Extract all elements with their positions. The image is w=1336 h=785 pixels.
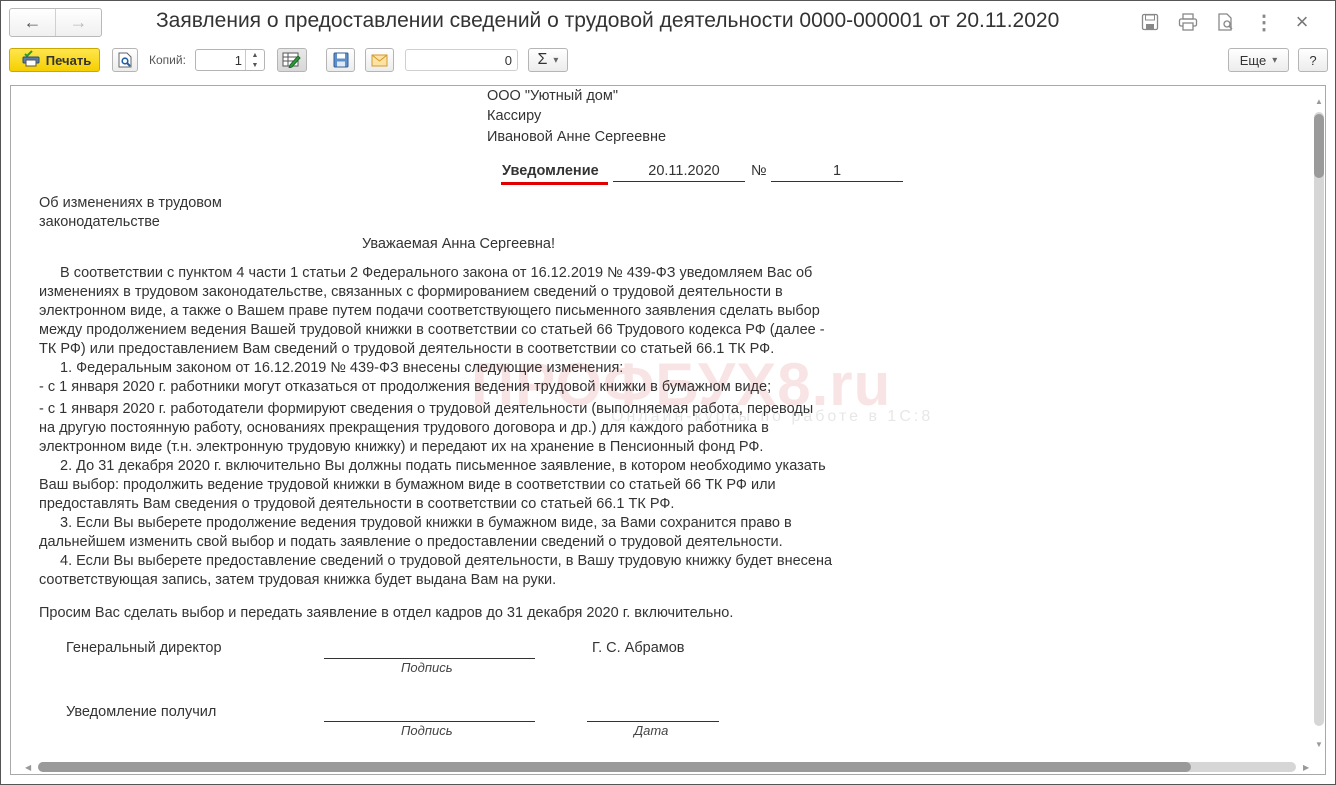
copies-spinner[interactable]: ▲▼: [245, 50, 264, 70]
edit-table-icon: [282, 52, 302, 68]
title-actions: ⋮ ×: [1131, 9, 1321, 35]
body-line: между продолжением ведения Вашей трудово…: [39, 321, 825, 340]
preview-icon: [1217, 12, 1235, 32]
vertical-scroll-thumb[interactable]: [1314, 114, 1324, 178]
save-icon: [333, 52, 349, 68]
body-line: В соответствии с пунктом 4 части 1 стать…: [60, 264, 812, 283]
body-line: 3. Если Вы выберете продолжение ведения …: [60, 514, 792, 533]
close-button[interactable]: ×: [1283, 9, 1321, 35]
sum-value: 0: [505, 53, 512, 68]
copies-stepper[interactable]: 1 ▲▼: [195, 49, 265, 71]
sigma-icon: Σ: [538, 51, 548, 69]
help-label: ?: [1309, 53, 1316, 68]
received-label: Уведомление получил: [66, 703, 216, 722]
notice-heading: Уведомление: [502, 162, 599, 181]
sum-menu-button[interactable]: Σ ▾: [528, 48, 568, 72]
window: ← → Заявления о предоставлении сведений …: [0, 0, 1336, 785]
scroll-right-icon[interactable]: ▶: [1303, 763, 1309, 772]
more-actions-button[interactable]: ⋮: [1245, 9, 1283, 35]
spreadsheet-document[interactable]: ПРОФБУХ8.ru Онлайн-курсы по работе в 1С:…: [10, 85, 1326, 775]
close-icon: ×: [1296, 9, 1309, 35]
sum-field[interactable]: 0: [405, 49, 518, 71]
arrow-left-icon: ←: [24, 12, 42, 33]
body-line: ТК РФ) или предоставлением Вам сведений …: [39, 340, 774, 359]
recipient-name: Ивановой Анне Сергеевне: [487, 128, 666, 147]
date-caption: Дата: [634, 723, 668, 738]
print-button[interactable]: [1169, 9, 1207, 35]
spin-up-icon[interactable]: ▲: [252, 52, 259, 59]
subject-line-1: Об изменениях в трудовом: [39, 194, 222, 213]
body-line: предоставлять Вам сведения о трудовой де…: [39, 495, 674, 514]
more-icon: ⋮: [1254, 10, 1274, 35]
vertical-scrollbar[interactable]: [1314, 112, 1324, 726]
body-line: электронном виде (т.н. электронную трудо…: [39, 438, 763, 457]
received-signature-caption: Подпись: [401, 723, 453, 738]
subject-line-2: законодательстве: [39, 213, 160, 232]
body-line: электронном виде, а также о Вашем праве …: [39, 302, 820, 321]
print-icon: [1178, 13, 1198, 31]
request-text: Просим Вас сделать выбор и передать заяв…: [39, 604, 733, 623]
body-line: дальнейшем изменить свой выбор и подать …: [39, 533, 783, 552]
print-preview-button[interactable]: [112, 48, 138, 72]
body-line: на другую постоянную работу, основаниях …: [39, 419, 769, 438]
arrow-right-icon: →: [70, 12, 88, 33]
scroll-down-icon[interactable]: ▼: [1315, 740, 1323, 749]
preview-button[interactable]: [1207, 9, 1245, 35]
signature-caption: Подпись: [401, 660, 453, 675]
forward-button[interactable]: →: [55, 9, 101, 36]
body-line: Ваш выбор: продолжить ведение трудовой к…: [39, 476, 776, 495]
chevron-down-icon: ▾: [1272, 55, 1277, 66]
notice-date: 20.11.2020: [623, 162, 745, 181]
preview-icon: [118, 52, 132, 68]
window-title: Заявления о предоставлении сведений о тр…: [156, 9, 1059, 33]
body-line: 1. Федеральным законом от 16.12.2019 № 4…: [60, 359, 623, 378]
save-file-button[interactable]: [326, 48, 355, 72]
scroll-up-icon[interactable]: ▲: [1315, 97, 1323, 106]
body-line: - с 1 января 2020 г. работодатели формир…: [39, 400, 813, 419]
number-label: №: [751, 162, 767, 181]
body-line: изменениях в трудовом законодательстве, …: [39, 283, 783, 302]
copies-label: Копий:: [149, 53, 186, 67]
date-underline: [613, 181, 745, 182]
signer-position: Генеральный директор: [66, 639, 222, 658]
copies-value: 1: [235, 53, 242, 68]
back-button[interactable]: ←: [10, 9, 55, 36]
notice-underline: [501, 182, 608, 185]
signature-line: [324, 658, 535, 659]
body-line: 4. Если Вы выберете предоставление сведе…: [60, 552, 832, 571]
save-icon: [1141, 13, 1159, 31]
edit-table-button[interactable]: [277, 48, 307, 72]
horizontal-scroll-thumb[interactable]: [38, 762, 1191, 772]
help-button[interactable]: ?: [1298, 48, 1328, 72]
recipient-position: Кассиру: [487, 107, 541, 126]
body-line: 2. До 31 декабря 2020 г. включительно Вы…: [60, 457, 826, 476]
envelope-icon: [371, 54, 388, 67]
number-underline: [771, 181, 903, 182]
print-button[interactable]: Печать: [9, 48, 100, 72]
body-line: - с 1 января 2020 г. работники могут отк…: [39, 378, 771, 397]
date-line: [587, 721, 719, 722]
more-button[interactable]: Еще ▾: [1228, 48, 1289, 72]
more-label: Еще: [1240, 53, 1266, 68]
printer-check-icon: [22, 50, 40, 70]
received-signature-line: [324, 721, 535, 722]
chevron-down-icon: ▾: [553, 55, 558, 66]
signer-name: Г. С. Абрамов: [592, 639, 685, 658]
toolbar: Печать Копий: 1 ▲▼ 0 Σ ▾ Еще ▾: [9, 48, 1327, 74]
save-button[interactable]: [1131, 9, 1169, 35]
navigation-buttons: ← →: [9, 8, 102, 37]
greeting: Уважаемая Анна Сергеевна!: [362, 235, 555, 254]
body-line: соответствующая запись, затем трудовая к…: [39, 571, 556, 590]
spin-down-icon[interactable]: ▼: [252, 62, 259, 69]
scroll-left-icon[interactable]: ◀: [25, 763, 31, 772]
notice-number: 1: [771, 162, 903, 181]
organization-name: ООО "Уютный дом": [487, 87, 618, 106]
print-label: Печать: [46, 53, 91, 68]
send-email-button[interactable]: [365, 48, 394, 72]
